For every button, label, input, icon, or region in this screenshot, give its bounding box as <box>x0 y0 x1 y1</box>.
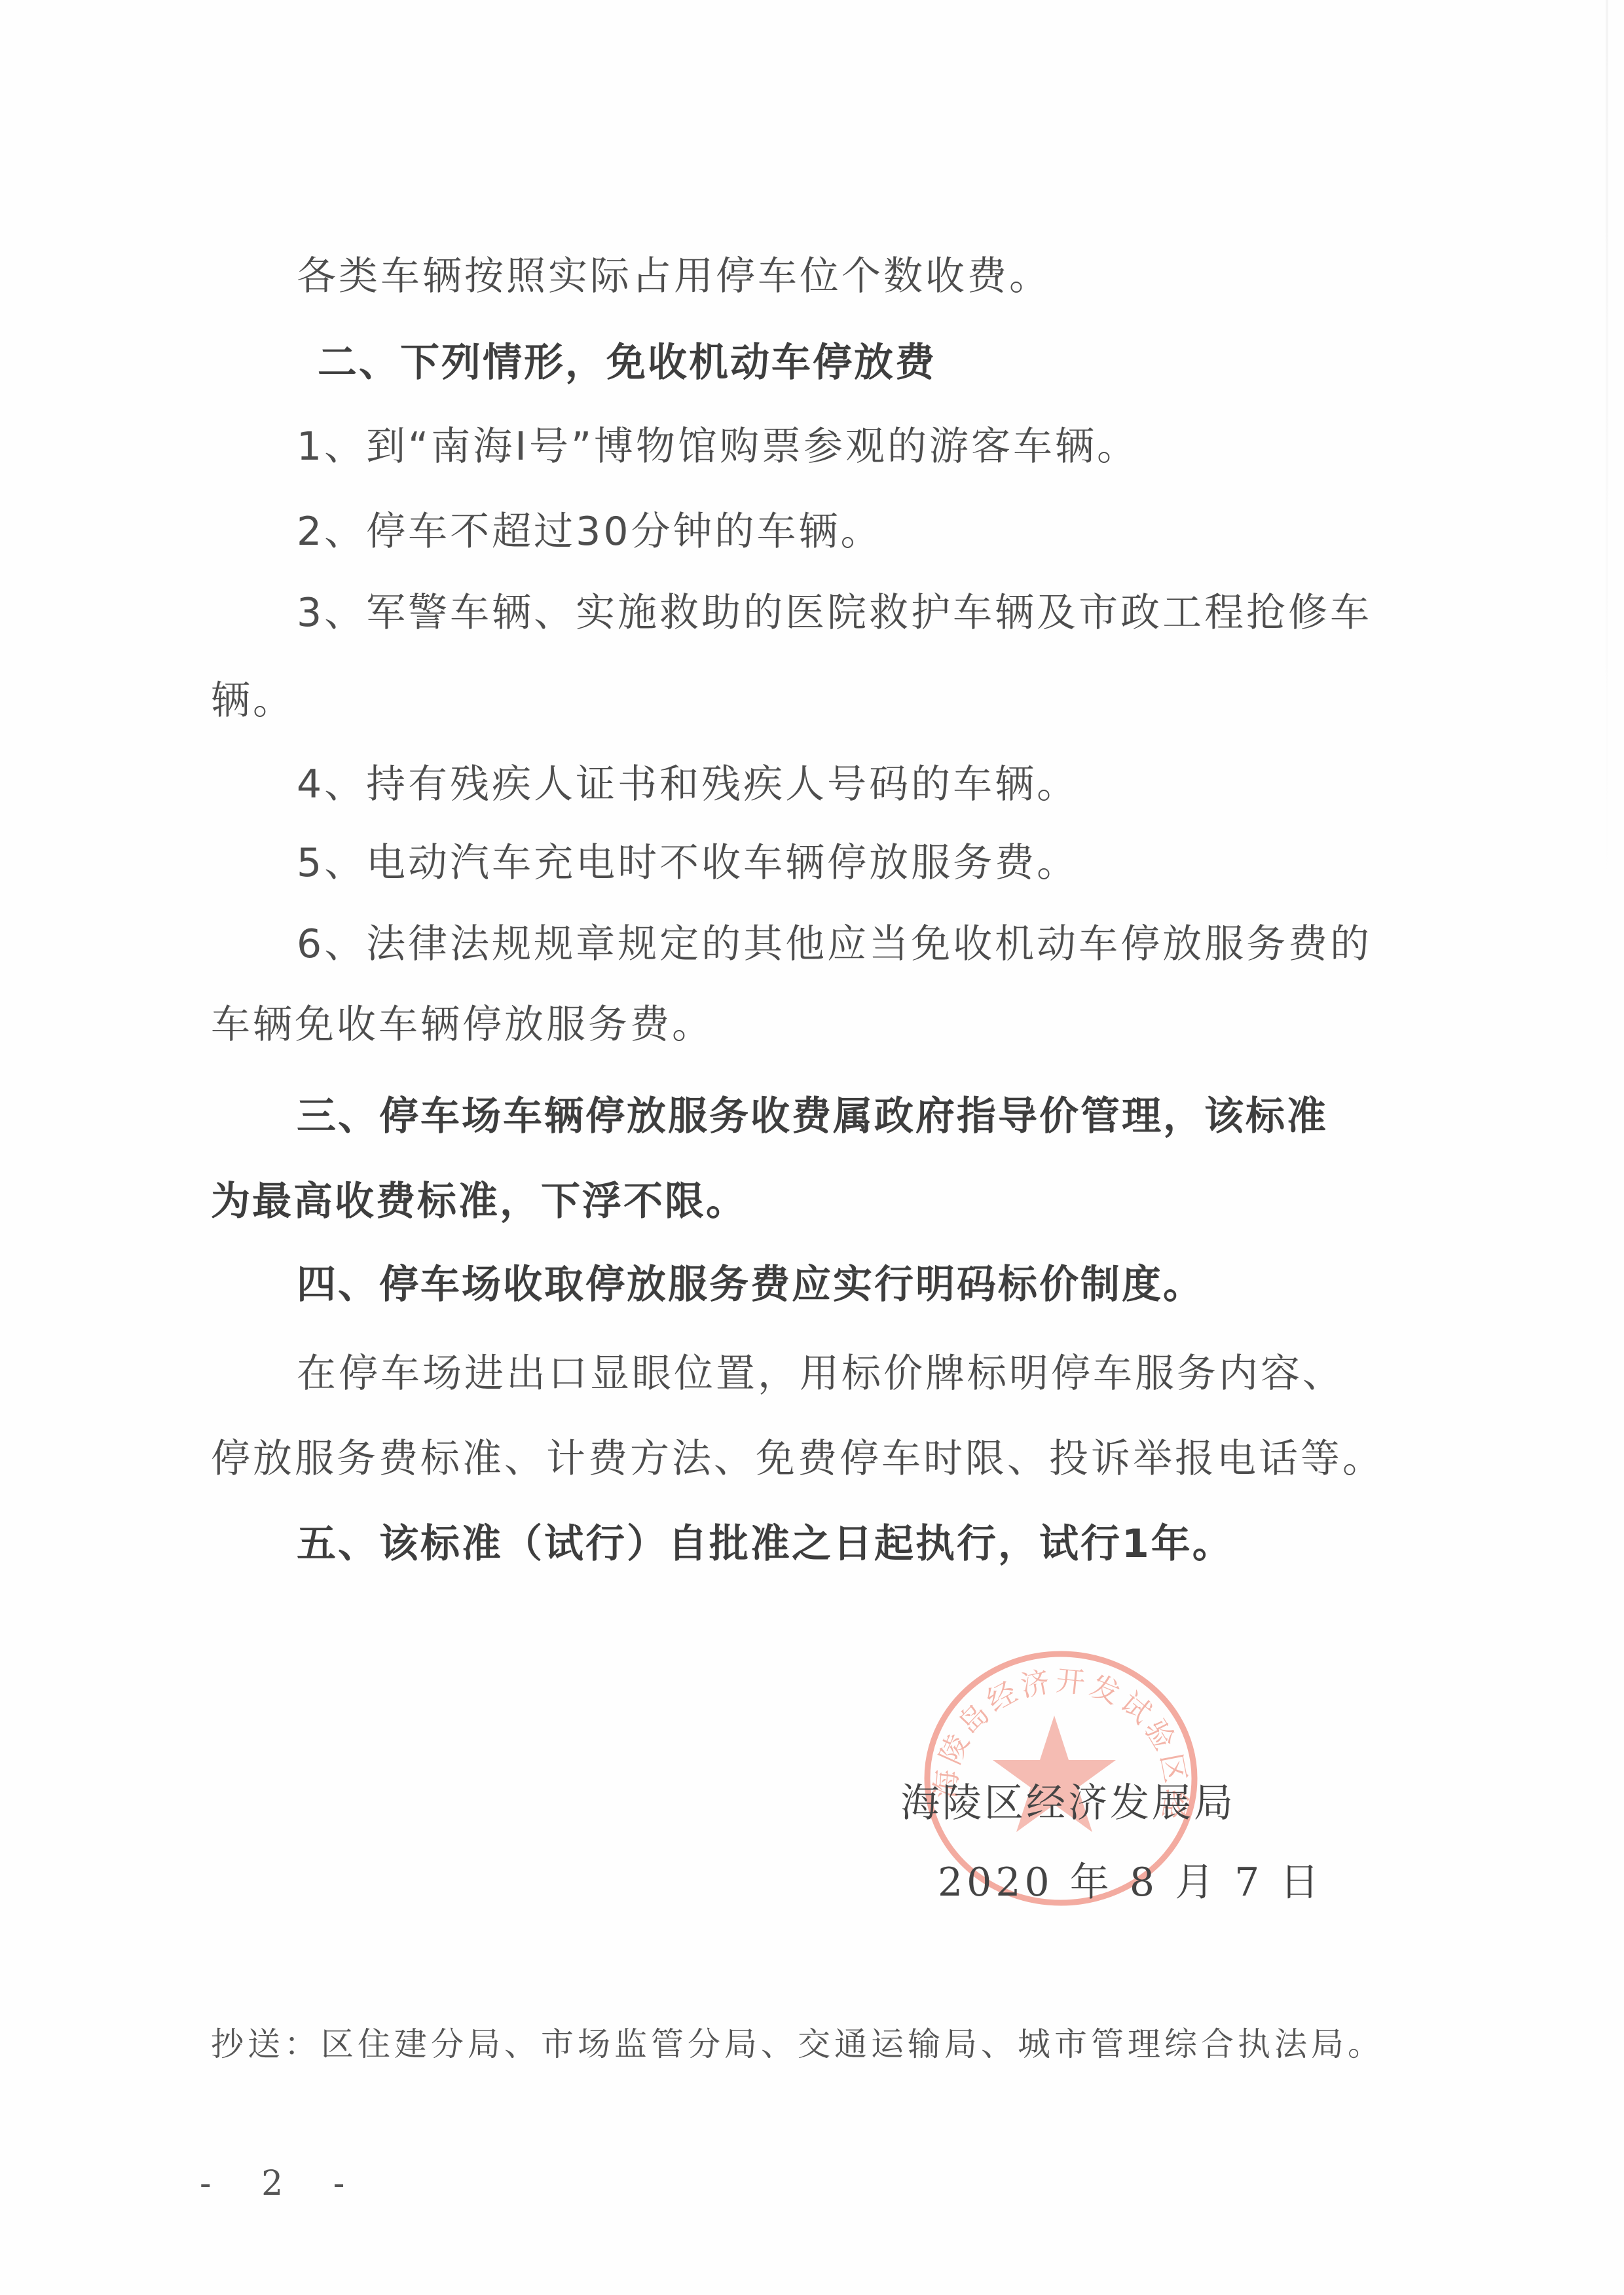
list-item-6: 6、法律法规规章规定的其他应当免收机动车停放服务费的 <box>297 923 1372 965</box>
list-item-3-continued: 辆。 <box>211 680 295 722</box>
issuer-name: 海陵区经济发展局 <box>900 1782 1236 1824</box>
section-heading-5: 五、该标准（试行）自批准之日起执行，试行1年。 <box>297 1523 1234 1565</box>
scan-edge-line <box>1606 0 1608 917</box>
section-heading-2: 二、下列情形，免收机动车停放费 <box>318 342 936 384</box>
list-item-3: 3、军警车辆、实施救助的医院救护车辆及市政工程抢修车 <box>297 592 1372 634</box>
list-item-2: 2、停车不超过30分钟的车辆。 <box>297 511 883 553</box>
cc-recipients: 抄送：区住建分局、市场监管分局、交通运输局、城市管理综合执法局。 <box>211 2025 1384 2064</box>
section-heading-3-continued: 为最高收费标准，下浮不限。 <box>211 1181 747 1222</box>
list-item-6-continued: 车辆免收车辆停放服务费。 <box>211 1004 714 1046</box>
issue-date: 2020 年 8 月 7 日 <box>938 1862 1323 1903</box>
list-item-4: 4、持有残疾人证书和残疾人号码的车辆。 <box>297 763 1079 805</box>
section-heading-3: 三、停车场车辆停放服务收费属政府指导价管理，该标准 <box>297 1095 1328 1137</box>
paragraph-line-continued: 停放服务费标准、计费方法、免费停车时限、投诉举报电话等。 <box>211 1438 1384 1480</box>
section-heading-4: 四、停车场收取停放服务费应实行明码标价制度。 <box>297 1264 1204 1306</box>
paragraph-line: 在停车场进出口显眼位置，用标价牌标明停车服务内容、 <box>297 1353 1344 1395</box>
page-number: - 2 - <box>200 2164 364 2203</box>
list-item-1: 1、到“南海Ⅰ号”博物馆购票参观的游客车辆。 <box>297 426 1139 468</box>
document-page: 各类车辆按照实际占用停车位个数收费。 二、下列情形，免收机动车停放费 1、到“南… <box>0 0 1624 2295</box>
list-item-5: 5、电动汽车充电时不收车辆停放服务费。 <box>297 842 1079 884</box>
paragraph-line: 各类车辆按照实际占用停车位个数收费。 <box>297 255 1051 297</box>
